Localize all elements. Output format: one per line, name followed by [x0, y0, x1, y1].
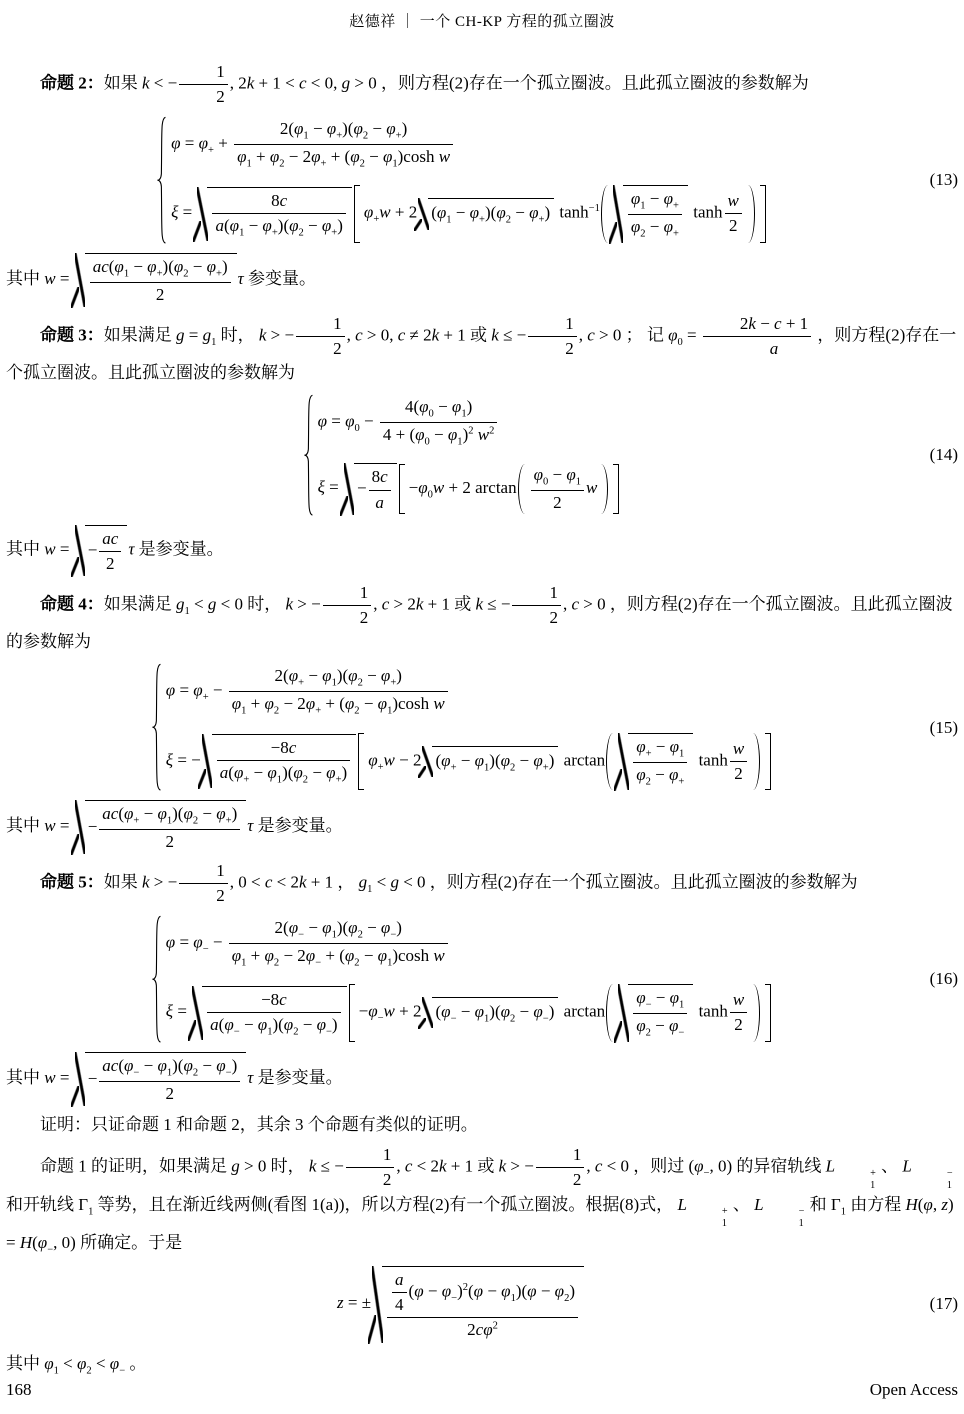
equation-16-number: (16)	[916, 969, 958, 989]
equation-13-number: (13)	[916, 170, 958, 190]
phi-order-paragraph: 其中 φ1 < φ2 < φ− 。	[6, 1351, 958, 1380]
equation-15: φ = φ+ − 2(φ+ − φ1)(φ2 − φ+)φ1 + φ2 − 2φ…	[6, 663, 958, 791]
equation-13: φ = φ+ + 2(φ1 − φ+)(φ2 − φ+)φ1 + φ2 − 2φ…	[6, 116, 958, 244]
system-brace	[150, 663, 161, 791]
proposition-2-paragraph: 命题 2：如果 k < −12, 2k + 1 < c < 0, g > 0 ，…	[6, 61, 958, 108]
equation-15-system: φ = φ+ − 2(φ+ − φ1)(φ2 − φ+)φ1 + φ2 − 2φ…	[150, 663, 772, 791]
system-brace	[302, 394, 313, 516]
proof-proposition-1-paragraph: 命题 1 的证明，如果满足 g > 0 时， k ≤ −12, c < 2k +…	[6, 1144, 958, 1258]
parameter-w13-paragraph: 其中 w = ac(φ1 − φ+)(φ2 − φ+)2τ 参变量。	[6, 253, 958, 307]
open-access-label: Open Access	[870, 1380, 958, 1400]
page-header-title: 赵德祥 ｜ 一个 CH-KP 方程的孤立圈波	[6, 10, 958, 31]
parameter-w15-paragraph: 其中 w = −ac(φ+ − φ1)(φ2 − φ+)2τ 是参变量。	[6, 800, 958, 854]
equation-17: z = ±a4(φ − φ−)2(φ − φ1)(φ − φ2)2cφ2 (17…	[6, 1266, 958, 1342]
page-number: 168	[6, 1380, 32, 1400]
equation-14-system: φ = φ0 − 4(φ0 − φ1)4 + (φ0 − φ1)2 w2ξ = …	[302, 394, 621, 516]
proof-intro-paragraph: 证明：只证命题 1 和命题 2，其余 3 个命题有类似的证明。	[6, 1112, 958, 1138]
equation-17-body: z = ±a4(φ − φ−)2(φ − φ1)(φ − φ2)2cφ2	[6, 1266, 916, 1342]
paper-page: 赵德祥 ｜ 一个 CH-KP 方程的孤立圈波 命题 2：如果 k < −12, …	[0, 0, 964, 1414]
system-brace	[150, 915, 161, 1043]
equation-13-system: φ = φ+ + 2(φ1 − φ+)(φ2 − φ+)φ1 + φ2 − 2φ…	[155, 116, 767, 244]
equation-16-system: φ = φ− − 2(φ− − φ1)(φ2 − φ−)φ1 + φ2 − 2φ…	[150, 915, 772, 1043]
equation-17-number: (17)	[916, 1294, 958, 1314]
equation-13-body: φ = φ+ + 2(φ1 − φ+)(φ2 − φ+)φ1 + φ2 − 2φ…	[6, 116, 916, 244]
proposition-5-paragraph: 命题 5：如果 k > −12, 0 < c < 2k + 1 ， g1 < g…	[6, 860, 958, 907]
proposition-3-paragraph: 命题 3：如果满足 g = g1 时， k > −12, c > 0, c ≠ …	[6, 313, 958, 387]
parameter-w16-paragraph: 其中 w = −ac(φ− − φ1)(φ2 − φ−)2τ 是参变量。	[6, 1052, 958, 1106]
equation-15-number: (15)	[916, 718, 958, 738]
parameter-w14-paragraph: 其中 w = −ac2τ 是参变量。	[6, 525, 958, 576]
equation-16-body: φ = φ− − 2(φ− − φ1)(φ2 − φ−)φ1 + φ2 − 2φ…	[6, 915, 916, 1043]
equation-14: φ = φ0 − 4(φ0 − φ1)4 + (φ0 − φ1)2 w2ξ = …	[6, 394, 958, 516]
equation-14-body: φ = φ0 − 4(φ0 − φ1)4 + (φ0 − φ1)2 w2ξ = …	[6, 394, 916, 516]
equation-16: φ = φ− − 2(φ− − φ1)(φ2 − φ−)φ1 + φ2 − 2φ…	[6, 915, 958, 1043]
equation-15-body: φ = φ+ − 2(φ+ − φ1)(φ2 − φ+)φ1 + φ2 − 2φ…	[6, 663, 916, 791]
system-brace	[155, 116, 166, 244]
equation-14-number: (14)	[916, 445, 958, 465]
proposition-4-paragraph: 命题 4：如果满足 g1 < g < 0 时， k > −12, c > 2k …	[6, 582, 958, 656]
page-footer: 168 Open Access	[6, 1380, 958, 1400]
